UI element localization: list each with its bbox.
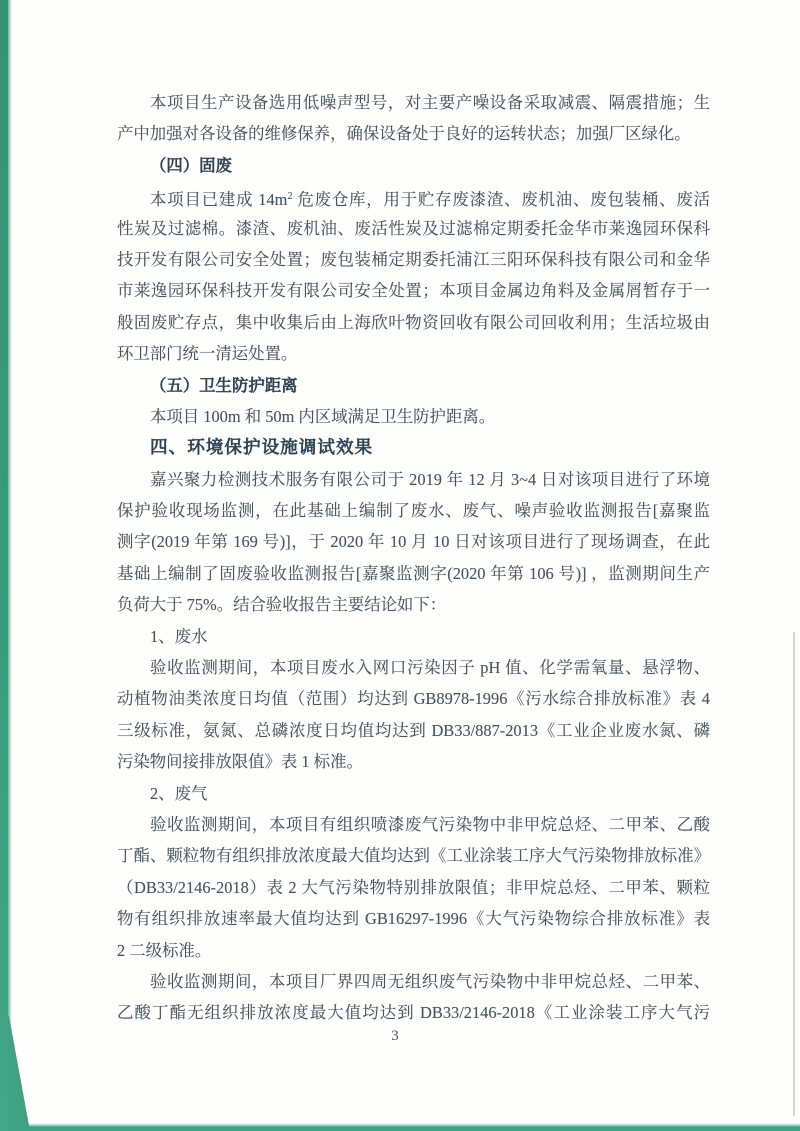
paragraph-line: 乙酸丁酯无组织排放浓度最大值均达到 DB33/2146-2018《工业涂装工序大… xyxy=(117,997,710,1028)
paragraph-line: 产中加强对各设备的维修保养，确保设备处于良好的运转状态；加强厂区绿化。 xyxy=(117,118,710,149)
paragraph-line: 本项目已建成 14m2 危废仓库，用于贮存废漆渣、废机油、废包装桶、废活 xyxy=(117,181,710,212)
paragraph-line: 般固废贮存点，集中收集后由上海欣叶物资回收有限公司回收利用；生活垃圾由 xyxy=(117,307,710,338)
paragraph-line: 验收监测期间，本项目废水入网口污染因子 pH 值、化学需氧量、悬浮物、 xyxy=(117,652,710,683)
paragraph-line: 本项目 100m 和 50m 内区域满足卫生防护距离。 xyxy=(117,401,710,432)
paragraph-line-text: 本项目已建成 14m xyxy=(150,190,287,209)
paragraph-line: 物有组织排放速率最大值均达到 GB16297-1996《大气污染物综合排放标准》… xyxy=(117,903,710,934)
document-text-block: 本项目生产设备选用低噪声型号，对主要产噪设备采取减震、隔震措施；生 产中加强对各… xyxy=(117,87,710,1029)
scan-edge-bottom xyxy=(0,1123,800,1131)
paragraph-line: 测字(2019 年第 169 号)]，于 2020 年 10 月 10 日对该项… xyxy=(117,526,710,557)
scan-edge-left-tint xyxy=(0,0,8,1131)
scanned-document-page: 本项目生产设备选用低噪声型号，对主要产噪设备采取减震、隔震措施；生 产中加强对各… xyxy=(0,0,800,1131)
paragraph-line: 动植物油类浓度日均值（范围）均达到 GB8978-1996《污水综合排放标准》表… xyxy=(117,683,710,714)
section-heading: （五）卫生防护距离 xyxy=(117,370,710,401)
paragraph-line: 技开发有限公司安全处置；废包装桶定期委托浦江三阳环保科技有限公司和金华 xyxy=(117,244,710,275)
page-number: 3 xyxy=(0,1028,795,1045)
chapter-heading: 四、环境保护设施调试效果 xyxy=(117,432,710,463)
paragraph-line: 本项目生产设备选用低噪声型号，对主要产噪设备采取减震、隔震措施；生 xyxy=(117,87,710,118)
list-item-heading: 2、废气 xyxy=(117,778,710,809)
paragraph-line: （DB33/2146-2018）表 2 大气污染物特别排放限值；非甲烷总烃、二甲… xyxy=(117,872,710,903)
paragraph-line: 验收监测期间，本项目厂界四周无组织废气污染物中非甲烷总烃、二甲苯、 xyxy=(117,966,710,997)
paragraph-line: 丁酯、颗粒物有组织排放浓度最大值均达到《工业涂装工序大气污染物排放标准》 xyxy=(117,840,710,871)
paragraph-line: 环卫部门统一清运处置。 xyxy=(117,338,710,369)
paragraph-line: 保护验收现场监测，在此基础上编制了废水、废气、噪声验收监测报告[嘉聚监 xyxy=(117,495,710,526)
paragraph-line: 2 二级标准。 xyxy=(117,935,710,966)
paragraph-line-text: 危废仓库，用于贮存废漆渣、废机油、废包装桶、废活 xyxy=(292,190,710,209)
paragraph-line: 性炭及过滤棉。漆渣、废机油、废活性炭及过滤棉定期委托金华市莱逸园环保科 xyxy=(117,213,710,244)
paragraph-line: 市莱逸园环保科技开发有限公司安全处置；本项目金属边角料及金属屑暂存于一 xyxy=(117,275,710,306)
paragraph-line: 负荷大于 75%。结合验收报告主要结论如下： xyxy=(117,589,710,620)
paragraph-line: 三级标准，氨氮、总磷浓度日均值均达到 DB33/887-2013《工业企业废水氮… xyxy=(117,715,710,746)
paragraph-line: 基础上编制了固废验收监测报告[嘉聚监测字(2020 年第 106 号)] ，监测… xyxy=(117,558,710,589)
section-heading: （四）固废 xyxy=(117,150,710,181)
paragraph-line: 验收监测期间，本项目有组织喷漆废气污染物中非甲烷总烃、二甲苯、乙酸 xyxy=(117,809,710,840)
paragraph-line: 嘉兴聚力检测技术服务有限公司于 2019 年 12 月 3~4 日对该项目进行了… xyxy=(117,464,710,495)
list-item-heading: 1、废水 xyxy=(117,621,710,652)
paragraph-line: 污染物间接排放限值》表 1 标准。 xyxy=(117,746,710,777)
